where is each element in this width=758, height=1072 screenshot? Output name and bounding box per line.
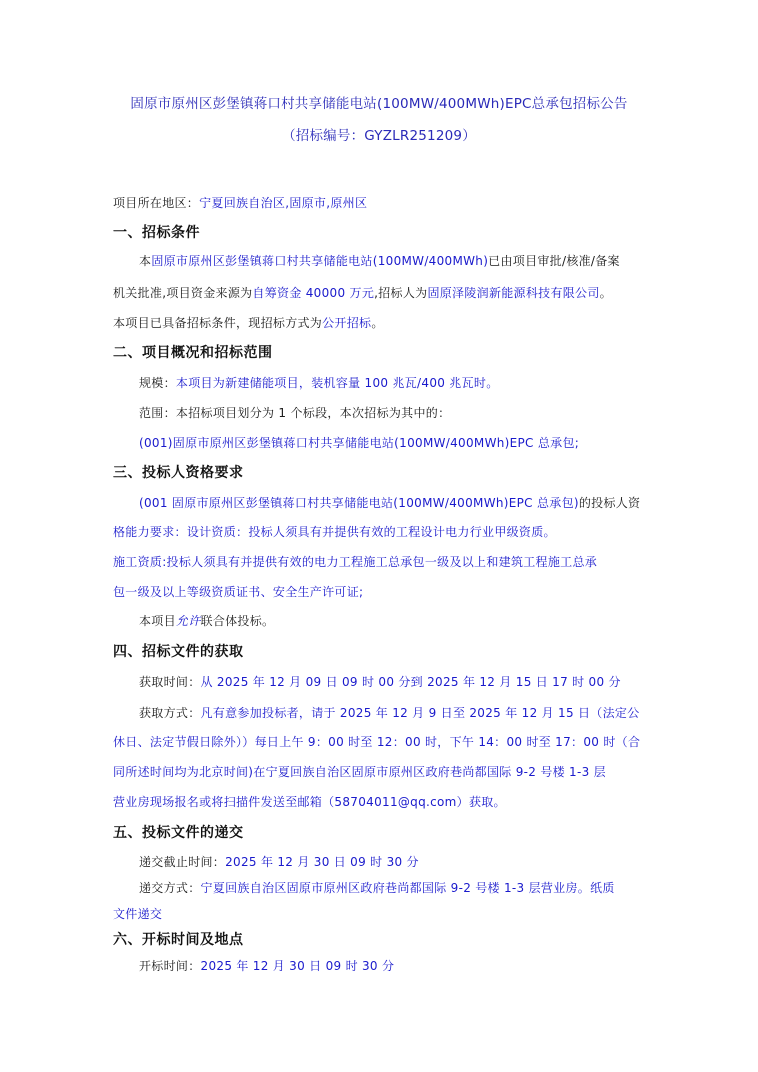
section-heading-3: 三、投标人资格要求 — [113, 462, 244, 482]
project-region: 项目所在地区：宁夏回族自治区,固原市,原州区 — [113, 194, 367, 211]
s3-line-2: 格能力要求：设计资质：投标人须具有并提供有效的工程设计电力行业甲级资质。 — [113, 523, 556, 540]
s3-line-1: (001 固原市原州区彭堡镇蒋口村共享储能电站(100MW/400MWh)EPC… — [139, 494, 640, 511]
s5-method-1: 递交方式：宁夏回族自治区固原市原州区政府巷尚都国际 9-2 号楼 1-3 层营业… — [139, 879, 615, 896]
document-title: 固原市原州区彭堡镇蒋口村共享储能电站(100MW/400MWh)EPC总承包招标… — [0, 92, 758, 112]
s3-line-5: 本项目允许联合体投标。 — [139, 612, 274, 629]
section-heading-1: 一、招标条件 — [113, 222, 200, 242]
section-heading-5: 五、投标文件的递交 — [113, 822, 244, 842]
document-page: 固原市原州区彭堡镇蒋口村共享储能电站(100MW/400MWh)EPC总承包招标… — [0, 0, 758, 1072]
s5-deadline: 递交截止时间：2025 年 12 月 30 日 09 时 30 分 — [139, 853, 419, 870]
s1-line-2: 机关批准,项目资金来源为自筹资金 40000 万元,招标人为固原泽陵润新能源科技… — [113, 284, 612, 301]
section-heading-4: 四、招标文件的获取 — [113, 641, 244, 661]
s2-range: 范围：本招标项目划分为 1 个标段，本次招标为其中的： — [139, 404, 450, 421]
s5-method-2: 文件递交 — [113, 905, 162, 922]
s3-line-4: 包一级及以上等级资质证书、安全生产许可证; — [113, 583, 363, 600]
s4-time: 获取时间：从 2025 年 12 月 09 日 09 时 00 分到 2025 … — [139, 673, 621, 690]
s6-time: 开标时间：2025 年 12 月 30 日 09 时 30 分 — [139, 957, 394, 974]
s4-method-1: 获取方式：凡有意参加投标者，请于 2025 年 12 月 9 日至 2025 年… — [139, 704, 640, 721]
s4-method-2: 休日、法定节假日除外））每日上午 9：00 时至 12：00 时，下午 14：0… — [113, 733, 640, 750]
s4-method-4: 营业房现场报名或将扫描件发送至邮箱（58704011@qq.com）获取。 — [113, 793, 506, 810]
s2-lot: (001)固原市原州区彭堡镇蒋口村共享储能电站(100MW/400MWh)EPC… — [139, 434, 579, 451]
tender-code: （招标编号：GYZLR251209） — [0, 124, 758, 144]
s4-method-3: 同所述时间均为北京时间)在宁夏回族自治区固原市原州区政府巷尚都国际 9-2 号楼… — [113, 763, 606, 780]
s3-line-3: 施工资质:投标人须具有并提供有效的电力工程施工总承包一级及以上和建筑工程施工总承 — [113, 553, 597, 570]
s1-line-3: 本项目已具备招标条件，现招标方式为公开招标。 — [113, 314, 384, 331]
section-heading-2: 二、项目概况和招标范围 — [113, 342, 273, 362]
s1-line-1: 本固原市原州区彭堡镇蒋口村共享储能电站(100MW/400MWh)已由项目审批/… — [139, 252, 620, 269]
s2-scale: 规模：本项目为新建储能项目，装机容量 100 兆瓦/400 兆瓦时。 — [139, 374, 499, 391]
section-heading-6: 六、开标时间及地点 — [113, 929, 244, 949]
